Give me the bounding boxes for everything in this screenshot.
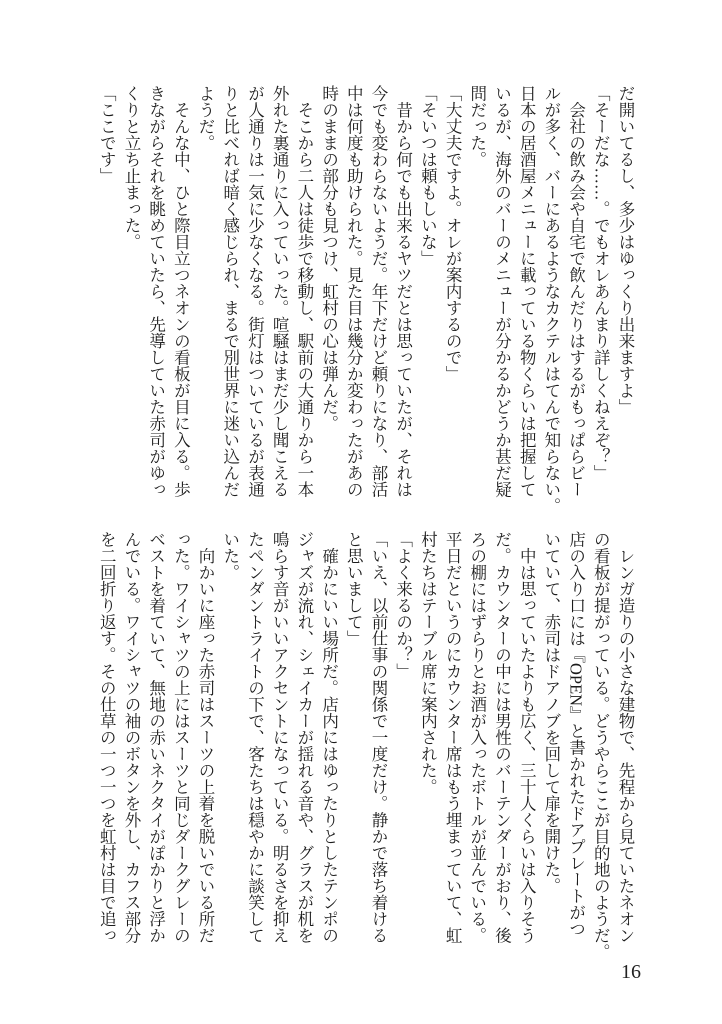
text-line: ベストを着ていて、無地の赤いネクタイがぽかりと浮か [143,531,168,960]
text-line: たペンダントライトの下で、客たちは穏やかに談笑して [242,531,267,960]
text-line: 店の入り口には『OPEN』と書かれたドアプレートがつ [563,531,588,960]
text-line: そんな中、ひと際目立つネオンの看板が目に入る。歩 [168,85,193,514]
text-line: りと比べれば暗く感じられ、まるで別世界に迷い込んだ [217,85,242,514]
text-line: 中は何度も助けられた。見た目は幾分か変わったがあの [341,85,366,514]
text-line: だ開いてるし、多少はゆっくり出来ますよ」 [612,85,637,514]
text-line: ジャズが流れ、シェイカーが揺れる音や、グラスが机を [291,531,316,960]
text-line: が人通りは一気に少なくなる。街灯はついているが表通 [242,85,267,514]
text-line: 「そいつは頼もしいな」 [415,85,440,514]
text-line: ようだ。 [192,85,217,514]
text-line: きながらそれを眺めていたら、先導していた赤司がゆっ [143,85,168,514]
text-block-top: だ開いてるし、多少はゆっくり出来ますよ」「そーだな……。でもオレあんまり詳しくね… [94,85,637,514]
text-line: を二回折り返す。その仕草の一つ一つを虹村は目で追っ [94,531,119,960]
text-line: 日本の居酒屋メニューに載っている物くらいは把握して [513,85,538,514]
text-line: 鳴らす音がいいアクセントになっている。明るさを抑え [266,531,291,960]
text-line: った。ワイシャツの上にはスーツと同じダークグレーの [168,531,193,960]
text-line: だ。カウンターの中には男性のバーテンダーがおり、後 [489,531,514,960]
text-line: 向かいに座った赤司はスーツの上着を脱いでいる所だ [192,531,217,960]
text-line: 昔から何でも出来るヤツだとは思っていたが、それは [390,85,415,514]
text-line: いた。 [217,531,242,960]
text-line: 「ここです」 [94,85,119,514]
text-line: と思いまして」 [341,531,366,960]
text-line: 時のままの部分も見つけ、虹村の心は弾んだ。 [316,85,341,514]
text-line: 平日だというのにカウンター席はもう埋まっていて、虹 [439,531,464,960]
text-line: 今でも変わらないようだ。年下だけど頼りになり、部活 [365,85,390,514]
text-line: 中は思っていたよりも広く、三十人くらいは入りそう [513,531,538,960]
text-line: 外れた裏通りに入っていった。喧騒はまだ少し聞こえる [266,85,291,514]
text-line: 会社の飲み会や自宅で飲んだりはするがもっぱらビー [563,85,588,514]
text-line: 「いえ、以前仕事の関係で一度だけ。静かで落ち着ける [365,531,390,960]
text-line: 確かにいい場所だ。店内にはゆったりとしたテンポの [316,531,341,960]
text-line: レンガ造りの小さな建物で、先程から見ていたネオン [612,531,637,960]
text-block-bottom: レンガ造りの小さな建物で、先程から見ていたネオンの看板が提がっている。どうやらこ… [94,531,637,960]
text-line: 問だった。 [464,85,489,514]
text-line: ルが多く、バーにあるようなカクテルはてんで知らない。 [538,85,563,514]
text-line: の看板が提がっている。どうやらここが目的地のようだ。 [588,531,613,960]
text-line: 「そーだな……。でもオレあんまり詳しくねえぞ？」 [588,85,613,514]
text-line: 「よく来るのか？」 [390,531,415,960]
text-line: 「大丈夫ですよ。オレが案内するので」 [439,85,464,514]
text-line: そこから二人は徒歩で移動し、駅前の大通りから一本 [291,85,316,514]
text-line: いていて、赤司はドアノブを回して扉を開けた。 [538,531,563,960]
page-number: 16 [621,961,641,984]
novel-page: だ開いてるし、多少はゆっくり出来ますよ」「そーだな……。でもオレあんまり詳しくね… [0,0,722,1024]
text-line: いるが、海外のバーのメニューが分かるかどうか甚だ疑 [489,85,514,514]
text-line: ろの棚にはずらりとお酒が入ったボトルが並んでいる。 [464,531,489,960]
text-line: んでいる。ワイシャツの袖のボタンを外し、カフス部分 [118,531,143,960]
text-line: 村たちはテーブル席に案内された。 [415,531,440,960]
text-line: くりと立ち止まった。 [118,85,143,514]
